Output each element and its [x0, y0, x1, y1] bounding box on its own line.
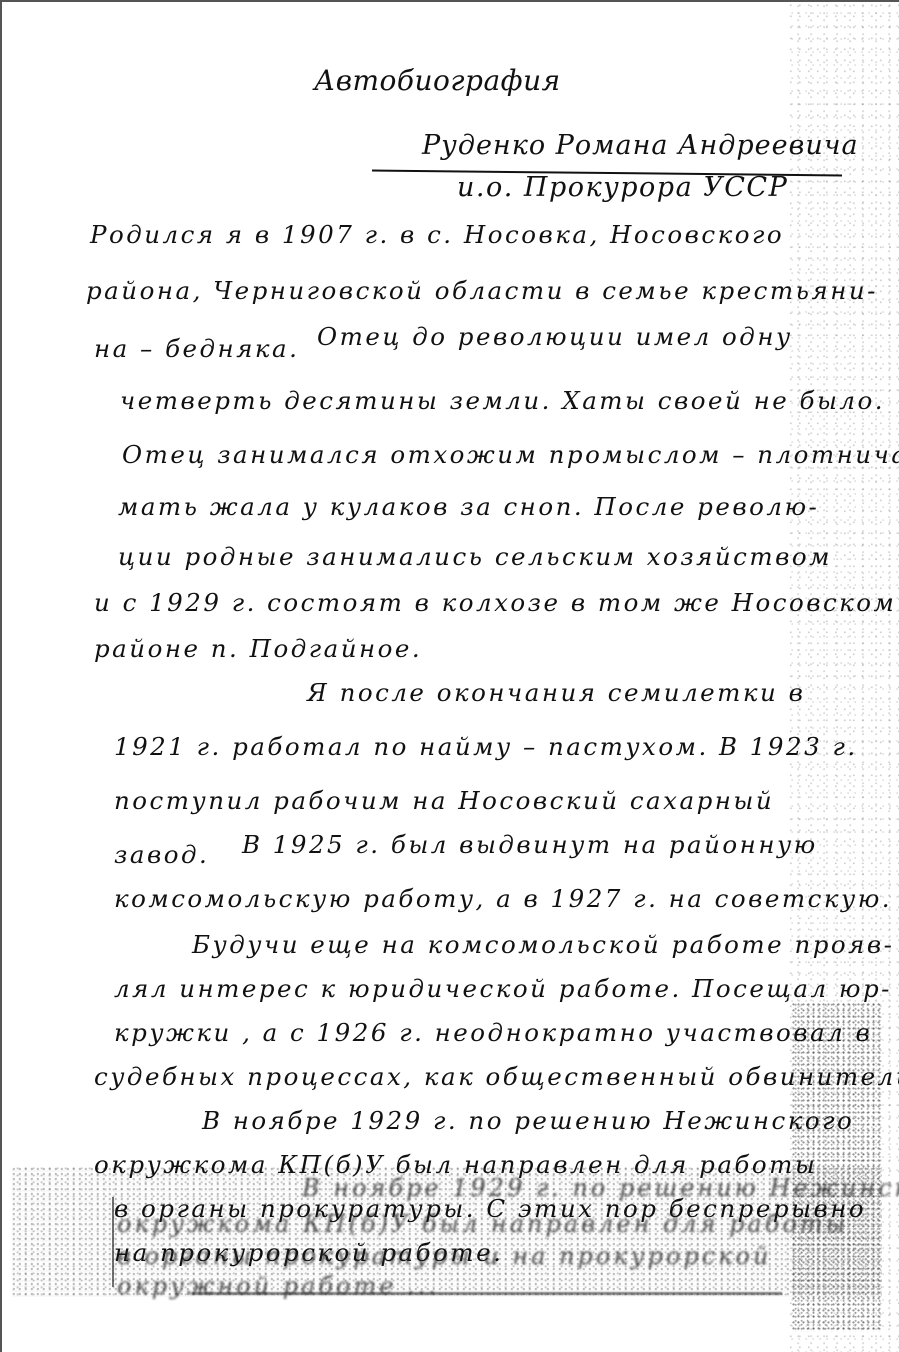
text-line: поступил рабочим на Носовский сахарный — [114, 786, 774, 815]
text-line: Я после окончания семилетки в — [307, 678, 805, 707]
text-line: Отец до революции имел одну — [317, 322, 793, 351]
text-line: ции родные занимались сельским хозяйство… — [118, 542, 832, 571]
author-name: Руденко Романа Андреевича — [422, 130, 859, 161]
text-line: района, Черниговской области в семье кре… — [86, 276, 878, 305]
text-line: и с 1929 г. состоят в колхозе в том же Н… — [94, 588, 896, 617]
text-line: лял интерес к юридической работе. Посеща… — [114, 974, 892, 1003]
text-line: четверть десятины земли. Хаты своей не б… — [120, 386, 885, 415]
text-line: В 1925 г. был выдвинут на районную — [242, 830, 818, 859]
text-line: на – бедняка. — [94, 334, 299, 363]
text-line: судебных процессах, как общественный обв… — [94, 1062, 899, 1091]
degraded-line: окружной работе ... — [117, 1272, 439, 1300]
text-line: В ноябре 1929 г. по решению Нежинского — [202, 1106, 854, 1135]
degraded-line: в органы прокуратуры и на прокурорской — [117, 1242, 771, 1270]
text-line: районе п. Подгайное. — [94, 634, 422, 663]
document-title: Автобиография — [314, 64, 561, 97]
text-line: Будучи еще на комсомольской работе прояв… — [192, 930, 894, 959]
text-line: комсомольскую работу, а в 1927 г. на сов… — [114, 884, 892, 913]
text-line: Отец занимался отхожим промыслом – плотн… — [122, 440, 899, 469]
degraded-line: окружкома КП(б)У был направлен для работ… — [117, 1210, 848, 1238]
text-line: кружки , а с 1926 г. неоднократно участв… — [114, 1018, 872, 1047]
degraded-frame-line — [112, 1197, 114, 1287]
text-line: Родился я в 1907 г. в с. Носовка, Носовс… — [90, 220, 784, 249]
text-line: завод. — [114, 840, 209, 869]
text-line: 1921 г. работал по найму – пастухом. В 1… — [114, 732, 858, 761]
text-line: мать жала у кулаков за сноп. После револ… — [118, 492, 819, 521]
author-position: и.о. Прокурора УССР — [457, 172, 788, 203]
scanned-page: Автобиография Руденко Романа Андреевича … — [0, 0, 899, 1352]
degraded-line: В ноябре 1929 г. по решению Нежинского — [302, 1174, 899, 1202]
